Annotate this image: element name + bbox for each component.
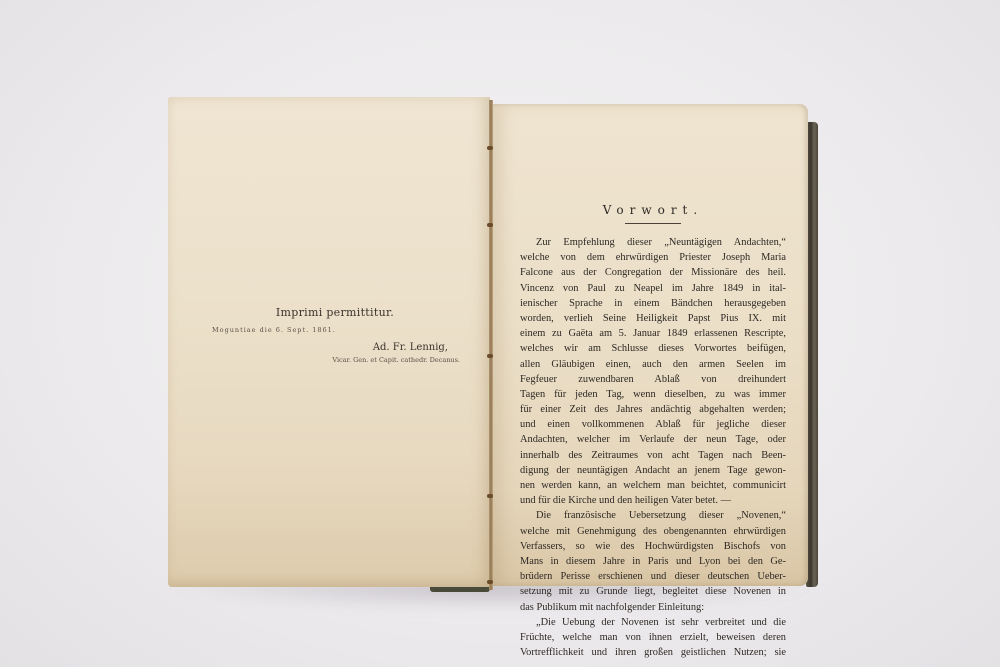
text-line: setzung mit zu Grunde liegt, begleitet d… [520, 584, 786, 599]
text-line: welche von dem ehrwürdigen Priester Jose… [520, 250, 786, 265]
text-line: allen Gläubigen einen, auch den armen Se… [520, 357, 786, 372]
foreword-heading: Vorwort. [520, 203, 786, 217]
text-line: worden, verlieh Seine Heiligkeit Papst P… [520, 311, 786, 326]
text-line: und einen vollkommenen Ablaß für jeglich… [520, 417, 786, 432]
text-line: welches wir am Schlusse dieses Vorwortes… [520, 341, 786, 356]
text-line: Verfassers, so wie des Hochwürdigsten Bi… [520, 539, 786, 554]
text-line: Zur Empfehlung dieser „Neuntägigen Andac… [520, 235, 786, 250]
text-line: und für die Kirche und den heiligen Vate… [520, 493, 786, 508]
binding-stitch [487, 146, 493, 150]
foreword-text: Vorwort. Zur Empfehlung dieser „Neuntägi… [520, 203, 786, 660]
text-line: ienischer Sprache in einem Bändchen hera… [520, 296, 786, 311]
text-line: Früchte, welche man von ihnen erzielt, b… [520, 630, 786, 645]
text-line: Falcone aus der Congregation der Mission… [520, 265, 786, 280]
book-gutter [489, 100, 493, 590]
binding-stitch [487, 580, 493, 584]
imprimatur-signature: Ad. Fr. Lennig, [200, 342, 448, 353]
binding-stitch [487, 354, 493, 358]
binding-stitch [487, 223, 493, 227]
heading-rule [625, 223, 681, 224]
text-line: einem zu Gaëta am 5. Januar 1849 erlasse… [520, 326, 786, 341]
text-line: digung der neuntägigen Andacht an jenem … [520, 463, 786, 478]
imprimatur-office: Vicar. Gen. et Capit. cathedr. Decanus. [200, 356, 460, 364]
imprimatur-place-date: Moguntiae die 6. Sept. 1861. [212, 326, 470, 334]
text-line: Fegfeuer zuwendbaren Ablaß von dreihunde… [520, 372, 786, 387]
imprimatur-block: Imprimi permittitur. Moguntiae die 6. Se… [200, 306, 470, 364]
binding-stitch [487, 494, 493, 498]
text-line: das Publikum mit nachfolgender Einleitun… [520, 600, 786, 615]
text-line: Vincenz von Paul zu Neapel im Jahre 1849… [520, 281, 786, 296]
text-line: innerhalb des Zeitraumes von acht Tagen … [520, 448, 786, 463]
text-line: für einer Zeit des Jahres andächtig abge… [520, 402, 786, 417]
text-line: Die französische Uebersetzung dieser „No… [520, 508, 786, 523]
text-line: Mans in diesem Jahre in Paris und Lyon b… [520, 554, 786, 569]
text-line: brüdern Perisse erschienen und dieser de… [520, 569, 786, 584]
text-line: „Die Uebung der Novenen ist sehr verbrei… [520, 615, 786, 630]
text-line: Vortrefflichkeit und ihren großen geistl… [520, 645, 786, 660]
text-line: Tagen für jeden Tag, wenn dieselben, zu … [520, 387, 786, 402]
text-line: welche mit Genehmigung des obengenannten… [520, 524, 786, 539]
text-line: nen werden kann, an welchem man beichtet… [520, 478, 786, 493]
text-line: Andachten, welcher im Verlaufe der neun … [520, 432, 786, 447]
imprimatur-title: Imprimi permittitur. [200, 306, 470, 319]
